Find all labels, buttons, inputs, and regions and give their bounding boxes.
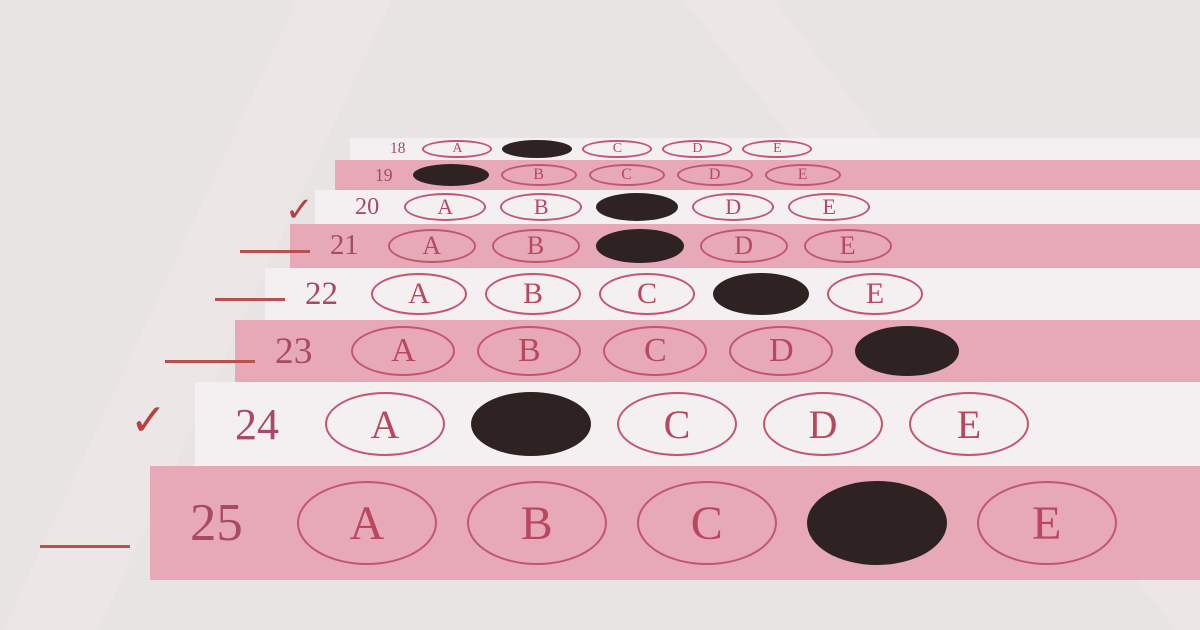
answer-bubble-c[interactable]: C	[637, 481, 777, 565]
answer-bubble-e[interactable]: E	[742, 140, 812, 158]
answer-row: 23ABCDE	[235, 320, 1200, 382]
answer-bubble-b[interactable]: B	[502, 140, 572, 158]
question-number: 22	[305, 276, 353, 313]
answer-bubble-d[interactable]: D	[677, 164, 753, 186]
answer-row: 22ABCDE	[265, 268, 1200, 320]
answer-row: 21ABCDE	[290, 224, 1200, 268]
tally-mark	[40, 545, 130, 548]
answer-bubble-a[interactable]: A	[325, 392, 445, 456]
answer-bubble-e[interactable]: E	[909, 392, 1029, 456]
answer-row: 20ABCDE	[315, 190, 1200, 224]
answer-row: 25ABCDE	[150, 466, 1200, 580]
tally-mark	[240, 250, 310, 253]
answer-row: 18ABCDE	[350, 138, 1200, 160]
answer-bubble-a[interactable]: A	[422, 140, 492, 158]
question-number: 19	[375, 165, 401, 186]
question-number: 23	[275, 330, 329, 373]
answer-bubble-e[interactable]: E	[855, 326, 959, 376]
question-number: 25	[190, 493, 267, 553]
question-number: 18	[390, 140, 412, 158]
answer-row: 19ABCDE	[335, 160, 1200, 190]
answer-bubble-b[interactable]: B	[492, 229, 580, 263]
answer-bubble-a[interactable]: A	[404, 193, 486, 221]
answer-bubble-a[interactable]: A	[297, 481, 437, 565]
answer-sheet-photo: 18ABCDE19ABCDE20ABCDE21ABCDE22ABCDE23ABC…	[0, 0, 1200, 630]
answer-bubble-d[interactable]: D	[692, 193, 774, 221]
answer-bubble-b[interactable]: B	[501, 164, 577, 186]
answer-bubble-b[interactable]: B	[467, 481, 607, 565]
answer-bubble-c[interactable]: C	[582, 140, 652, 158]
check-mark-icon: ✓	[130, 395, 167, 446]
answer-bubble-b[interactable]: B	[471, 392, 591, 456]
answer-bubble-c[interactable]: C	[617, 392, 737, 456]
answer-bubble-b[interactable]: B	[485, 273, 581, 315]
answer-bubble-d[interactable]: D	[713, 273, 809, 315]
answer-bubble-d[interactable]: D	[807, 481, 947, 565]
check-mark-icon: ✓	[285, 190, 314, 230]
question-number: 24	[235, 399, 299, 450]
answer-bubble-d[interactable]: D	[700, 229, 788, 263]
answer-bubble-c[interactable]: C	[603, 326, 707, 376]
answer-bubble-a[interactable]: A	[351, 326, 455, 376]
answer-bubble-d[interactable]: D	[763, 392, 883, 456]
tally-mark	[215, 298, 285, 301]
question-number: 21	[330, 230, 372, 262]
tally-mark	[165, 360, 255, 363]
answer-row: 24ABCDE	[195, 382, 1200, 466]
answer-bubble-e[interactable]: E	[765, 164, 841, 186]
answer-bubble-e[interactable]: E	[788, 193, 870, 221]
answer-bubble-c[interactable]: C	[599, 273, 695, 315]
answer-bubble-b[interactable]: B	[500, 193, 582, 221]
answer-bubble-a[interactable]: A	[413, 164, 489, 186]
answer-bubble-d[interactable]: D	[662, 140, 732, 158]
answer-bubble-a[interactable]: A	[371, 273, 467, 315]
answer-bubble-c[interactable]: C	[596, 193, 678, 221]
answer-bubble-a[interactable]: A	[388, 229, 476, 263]
answer-bubble-e[interactable]: E	[977, 481, 1117, 565]
answer-bubble-b[interactable]: B	[477, 326, 581, 376]
answer-bubble-e[interactable]: E	[804, 229, 892, 263]
answer-bubble-c[interactable]: C	[589, 164, 665, 186]
answer-bubble-e[interactable]: E	[827, 273, 923, 315]
question-number: 20	[355, 193, 390, 221]
answer-bubble-c[interactable]: C	[596, 229, 684, 263]
answer-bubble-d[interactable]: D	[729, 326, 833, 376]
